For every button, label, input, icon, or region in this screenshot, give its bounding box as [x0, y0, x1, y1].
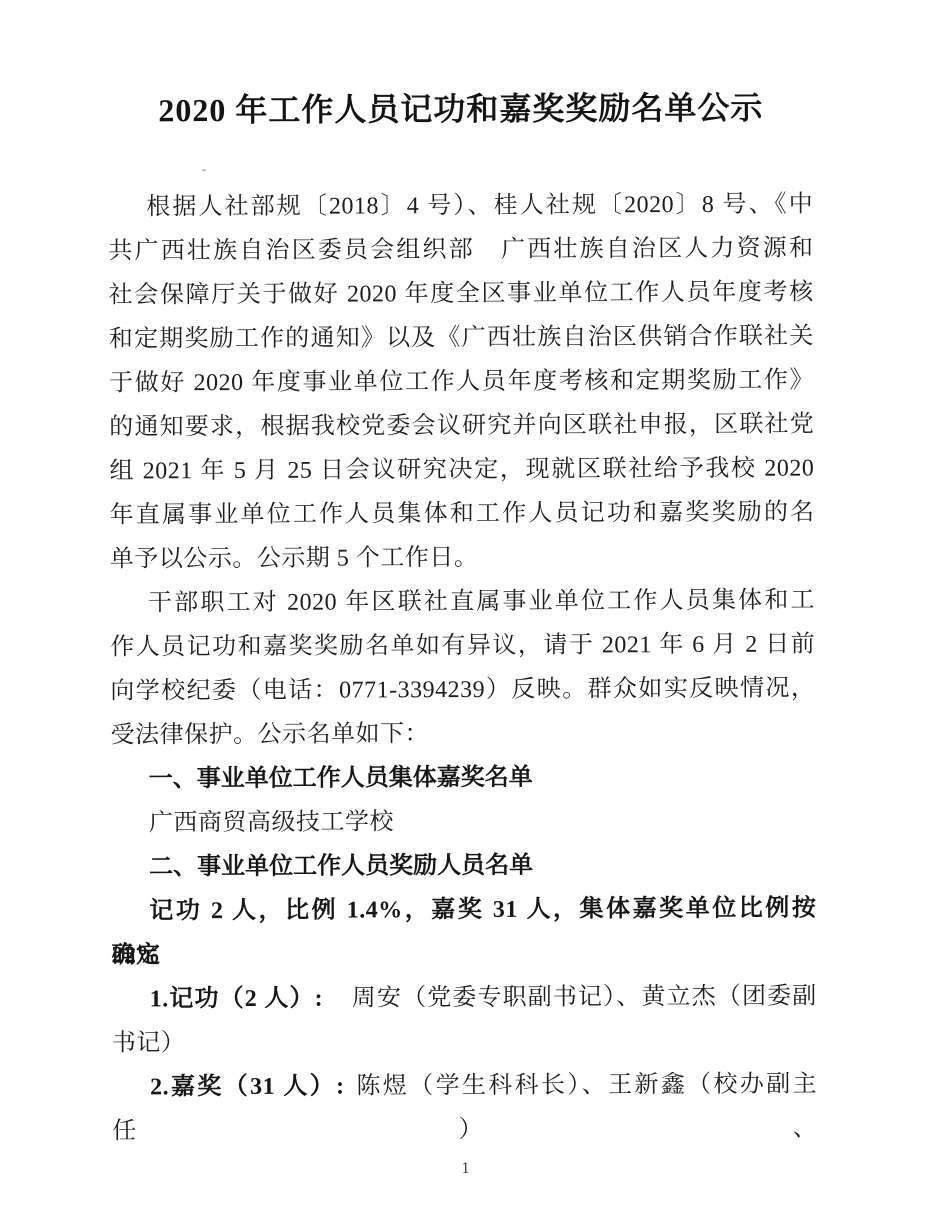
para1-line-4: 和定期奖励工作的通知》以及《广西壮族自治区供销合作联社关: [109, 314, 814, 361]
scanned-notice-page: 2020 年工作人员记功和嘉奖奖励名单公示 根据人社部规〔2018〕4 号）、桂…: [0, 0, 926, 1213]
para1-line-6: 的通知要求，根据我校党委会议研究并向区联社申报，区联社党: [109, 402, 814, 449]
section1-heading: 一、事业单位工作人员集体嘉奖名单: [111, 754, 816, 801]
commendation-list-label: 2.嘉奖（31 人）:: [150, 1074, 345, 1101]
para1-line-9: 单予以公示。公示期 5 个工作日。: [110, 534, 815, 581]
merit-list-line-1: 1.记功（2 人）:周安（党委专职副书记）、黄立杰（团委副: [112, 974, 817, 1021]
award-summary-line-1: 记功 2 人，比例 1.4%，嘉奖 31 人，集体嘉奖单位比例按 22%: [111, 886, 816, 933]
document-body: 根据人社部规〔2018〕4 号）、桂人社规〔2020〕8 号、《中 共广西壮族自…: [108, 182, 817, 1109]
award-summary-line-2: 确定: [111, 930, 816, 977]
merit-list-names: 周安（党委专职副书记）、黄立杰（团委副: [351, 983, 817, 1011]
page-number: 1: [2, 1158, 926, 1180]
para1-line-3: 社会保障厅关于做好 2020 年度全区事业单位工作人员年度考核: [109, 270, 814, 317]
commendation-list-line-1: 2.嘉奖（31 人）:陈煜（学生科科长）、王新鑫（校办副主任）、: [112, 1062, 817, 1109]
para1-line-1: 根据人社部规〔2018〕4 号）、桂人社规〔2020〕8 号、《中: [108, 182, 813, 229]
para2-line-2: 作人员记功和嘉奖奖励名单如有异议，请于 2021 年 6 月 2 日前: [110, 622, 815, 669]
section1-awardee: 广西商贸高级技工学校: [111, 798, 816, 845]
merit-list-label: 1.记功（2 人）:: [150, 986, 324, 1013]
para1-line-5: 于做好 2020 年度事业单位工作人员年度考核和定期奖励工作》: [109, 358, 814, 405]
document-sheet: 2020 年工作人员记功和嘉奖奖励名单公示 根据人社部规〔2018〕4 号）、桂…: [0, 0, 926, 1213]
section2-heading: 二、事业单位工作人员奖励人员名单: [111, 842, 816, 889]
para2-line-3: 向学校纪委（电话：0771-3394239）反映。群众如实反映情况，: [110, 666, 815, 713]
scan-artifact-dot: [202, 169, 206, 171]
document-title: 2020 年工作人员记功和嘉奖奖励名单公示: [0, 82, 924, 136]
para2-line-1: 干部职工对 2020 年区联社直属事业单位工作人员集体和工: [110, 578, 815, 625]
para1-line-8: 年直属事业单位工作人员集体和工作人员记功和嘉奖奖励的名: [110, 490, 815, 537]
merit-list-line-2: 书记）: [112, 1018, 817, 1065]
para1-line-2: 共广西壮族自治区委员会组织部 广西壮族自治区人力资源和: [108, 226, 813, 273]
para2-line-4: 受法律保护。公示名单如下：: [110, 710, 815, 757]
para1-line-7: 组 2021 年 5 月 25 日会议研究决定，现就区联社给予我校 2020: [109, 446, 814, 493]
